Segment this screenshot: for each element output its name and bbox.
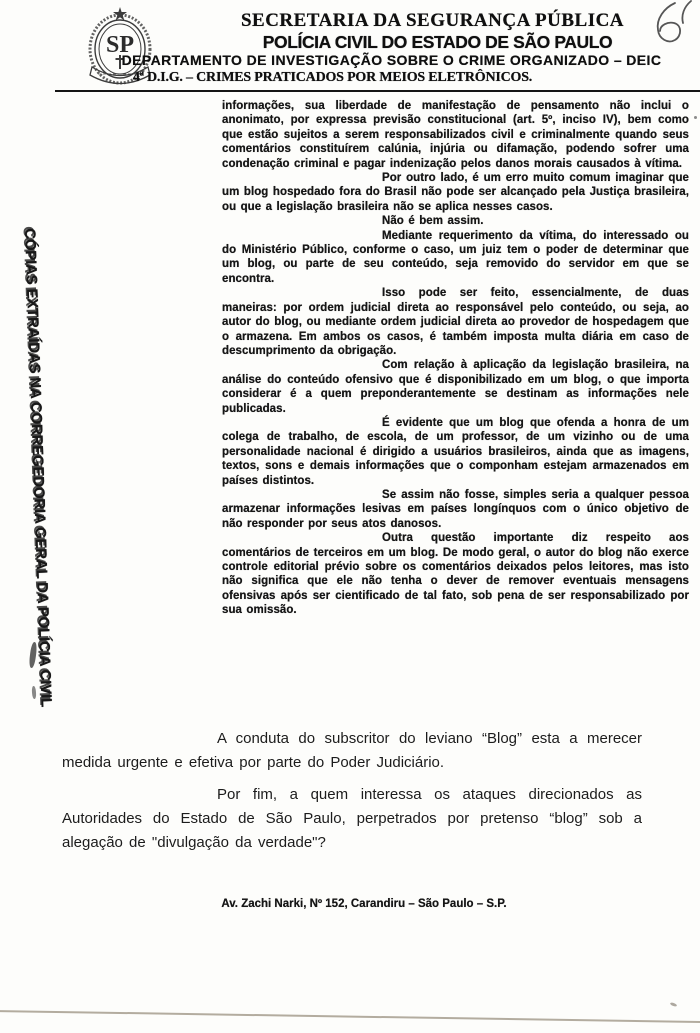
closing-paragraph: Por fim, a quem interessa os ataques dir… — [62, 783, 642, 855]
body-paragraph: É evidente que um blog que ofenda a honr… — [222, 416, 689, 488]
departamento-line: DEPARTAMENTO DE INVESTIGAÇÃO SOBRE O CRI… — [55, 52, 700, 69]
body-paragraph: Outra questão importante diz respeito ao… — [222, 531, 689, 617]
scan-speck — [670, 1002, 678, 1007]
scanned-page-edge-line — [0, 1010, 700, 1023]
secretaria-title: SECRETARIA DA SEGURANÇA PÚBLICA — [55, 10, 700, 32]
closing-remarks: A conduta do subscritor do leviano “Blog… — [62, 727, 642, 863]
scan-speck — [694, 116, 697, 119]
policia-civil-title: POLÍCIA CIVIL DO ESTADO DE SÃO PAULO — [55, 32, 700, 52]
scanned-document-page: SP SECRETARIA DA SEGURANÇA PÚBLICA POLÍC… — [0, 0, 700, 1033]
address-footer: Av. Zachi Narki, Nº 152, Carandiru – São… — [0, 897, 700, 911]
body-paragraph: Isso pode ser feito, essencialmente, de … — [222, 286, 689, 358]
body-paragraph: Se assim não fosse, simples seria a qual… — [222, 488, 689, 531]
body-paragraph: Por outro lado, é um erro muito comum im… — [222, 171, 689, 214]
document-body-text: informações, sua liberdade de manifestaç… — [222, 99, 689, 618]
closing-paragraph: A conduta do subscritor do leviano “Blog… — [62, 727, 642, 775]
corregedoria-copy-stamp: CÓPIAS EXTRAÍDAS NA CORREGEDORIA GERAL D… — [20, 228, 53, 658]
body-paragraph: Com relação à aplicação da legislação br… — [222, 358, 689, 416]
body-paragraph: informações, sua liberdade de manifestaç… — [222, 99, 689, 171]
dig-unit-line: 4ª D.I.G. – CRIMES PRATICADOS POR MEIOS … — [55, 69, 700, 86]
letterhead-text: SECRETARIA DA SEGURANÇA PÚBLICA POLÍCIA … — [55, 10, 700, 86]
body-paragraph: Não é bem assim. — [222, 214, 689, 228]
ink-smudge — [32, 686, 37, 699]
letterhead-divider-rule — [55, 90, 700, 92]
body-paragraph: Mediante requerimento da vítima, do inte… — [222, 229, 689, 287]
